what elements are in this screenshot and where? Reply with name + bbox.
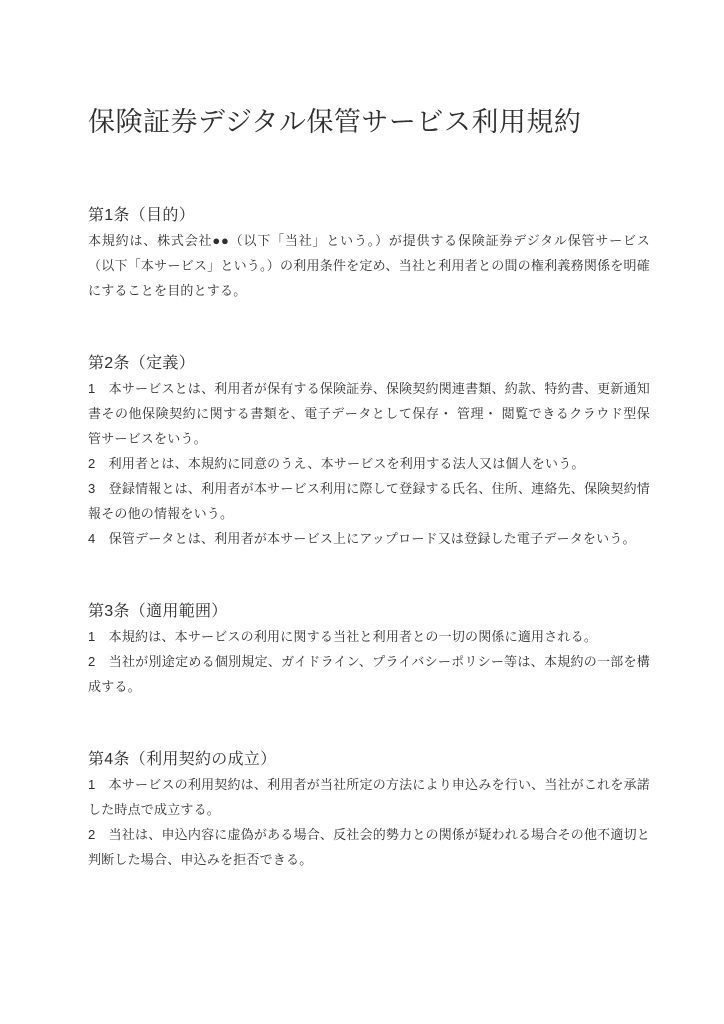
article-paragraph: 3 登録情報とは、利用者が本サービス利用に際して登録する氏名、住所、連絡先、保険… bbox=[88, 476, 650, 526]
article-paragraph: 2 当社が別途定める個別規定、ガイドライン、プライバシーポリシー等は、本規約の一… bbox=[88, 649, 650, 699]
article-paragraph: 1 本サービスの利用契約は、利用者が当社所定の方法により申込みを行い、当社がこれ… bbox=[88, 772, 650, 822]
article-paragraph: 4 保管データとは、利用者が本サービス上にアップロード又は登録した電子データをい… bbox=[88, 526, 650, 551]
article-section-3: 第3条（適用範囲） 1 本規約は、本サービスの利用に関する当社と利用者との一切の… bbox=[88, 599, 650, 699]
article-section-1: 第1条（目的） 本規約は、株式会社●●（以下「当社」という。）が提供する保険証券… bbox=[88, 203, 650, 303]
document-page: 保険証券デジタル保管サービス利用規約 第1条（目的） 本規約は、株式会社●●（以… bbox=[0, 0, 724, 1024]
article-section-2: 第2条（定義） 1 本サービスとは、利用者が保有する保険証券、保険契約関連書類、… bbox=[88, 351, 650, 551]
article-3-heading: 第3条（適用範囲） bbox=[88, 599, 650, 624]
article-paragraph: 2 当社は、申込内容に虚偽がある場合、反社会的勢力との関係が疑われる場合その他不… bbox=[88, 822, 650, 872]
article-2-heading: 第2条（定義） bbox=[88, 351, 650, 376]
article-paragraph: 本規約は、株式会社●●（以下「当社」という。）が提供する保険証券デジタル保管サー… bbox=[88, 228, 650, 303]
article-paragraph: 1 本規約は、本サービスの利用に関する当社と利用者との一切の関係に適用される。 bbox=[88, 624, 650, 649]
article-4-heading: 第4条（利用契約の成立） bbox=[88, 747, 650, 772]
article-paragraph: 2 利用者とは、本規約に同意のうえ、本サービスを利用する法人又は個人をいう。 bbox=[88, 451, 650, 476]
article-section-4: 第4条（利用契約の成立） 1 本サービスの利用契約は、利用者が当社所定の方法によ… bbox=[88, 747, 650, 872]
document-title: 保険証券デジタル保管サービス利用規約 bbox=[88, 104, 650, 140]
article-paragraph: 1 本サービスとは、利用者が保有する保険証券、保険契約関連書類、約款、特約書、更… bbox=[88, 376, 650, 451]
article-1-heading: 第1条（目的） bbox=[88, 203, 650, 228]
